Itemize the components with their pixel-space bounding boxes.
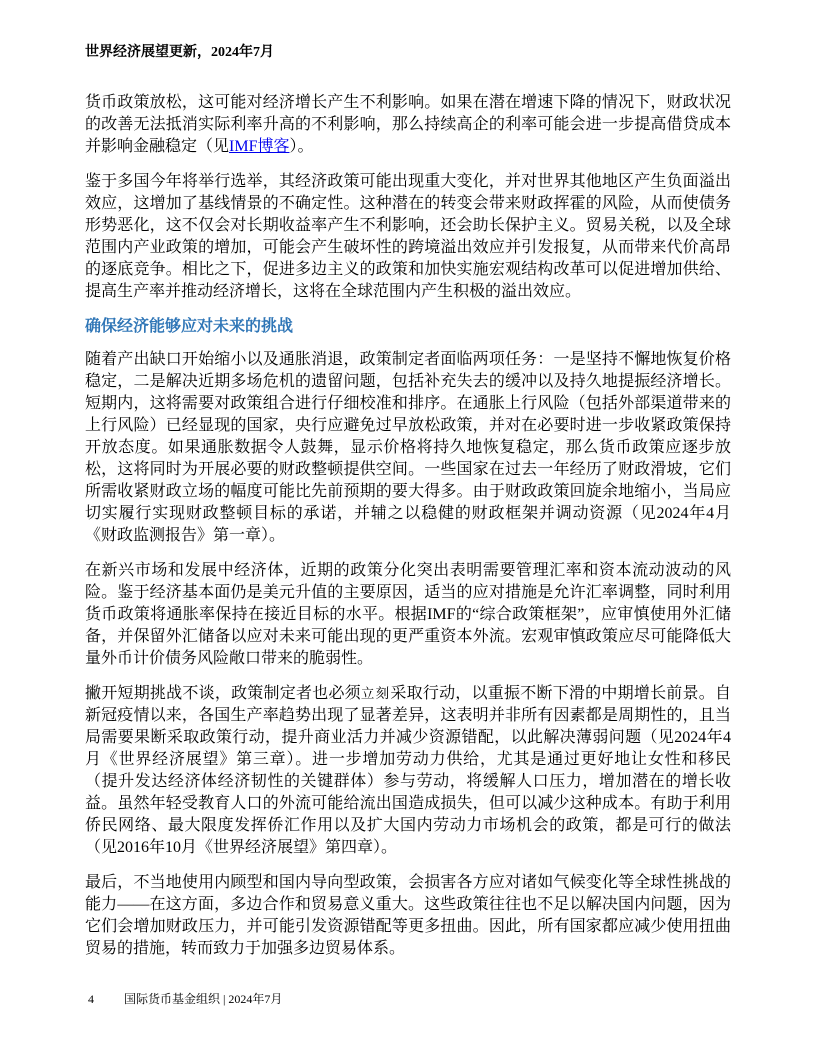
paragraph-emerging-markets: 在新兴市场和发展中经济体，近期的政策分化突出表明需要管理汇率和资本流动波动的风险… (85, 560, 731, 670)
paragraph-output-gap-tasks: 随着产出缺口开始缩小以及通胀消退，政策制定者面临两项任务：一是坚持不懈地恢复价格… (85, 349, 731, 547)
document-body: 货币政策放松，这可能对经济增长产生不利影响。如果在潜在增速下降的情况下，财政状况… (85, 92, 731, 960)
paragraph-monetary-policy-end: ）。 (289, 138, 313, 155)
running-header: 世界经济展望更新，2024年7月 (85, 44, 731, 62)
paragraph-medium-term-growth: 撇开短期挑战不谈，政策制定者也必须立刻采取行动，以重振不断下滑的中期增长前景。自… (85, 683, 731, 859)
paragraph-monetary-policy-text: 货币政策放松，这可能对经济增长产生不利影响。如果在潜在增速下降的情况下，财政状况… (85, 94, 731, 155)
imf-blog-link[interactable]: IMF博客 (229, 138, 289, 155)
page-number: 4 (88, 992, 94, 1007)
page-footer: 4 国际货币基金组织 | 2024年7月 (88, 992, 282, 1007)
section-heading-future-challenges: 确保经济能够应对未来的挑战 (85, 316, 731, 337)
footer-org-date: 国际货币基金组织 | 2024年7月 (124, 992, 282, 1007)
paragraph-medium-term-pre: 撇开短期挑战不谈，政策制定者也必须 (85, 685, 361, 702)
paragraph-inward-policies: 最后，不当地使用内顾型和国内导向型政策，会损害各方应对诸如气候变化等全球性挑战的… (85, 872, 731, 960)
paragraph-elections-risk: 鉴于多国今年将举行选举，其经济政策可能出现重大变化，并对世界其他地区产生负面溢出… (85, 171, 731, 303)
paragraph-medium-term-insert: 立刻 (361, 686, 390, 701)
paragraph-monetary-policy: 货币政策放松，这可能对经济增长产生不利影响。如果在潜在增速下降的情况下，财政状况… (85, 92, 731, 158)
paragraph-medium-term-post: 采取行动，以重振不断下滑的中期增长前景。自新冠疫情以来，各国生产率趋势出现了显著… (85, 685, 731, 856)
document-page: 世界经济展望更新，2024年7月 货币政策放松，这可能对经济增长产生不利影响。如… (0, 0, 816, 1056)
